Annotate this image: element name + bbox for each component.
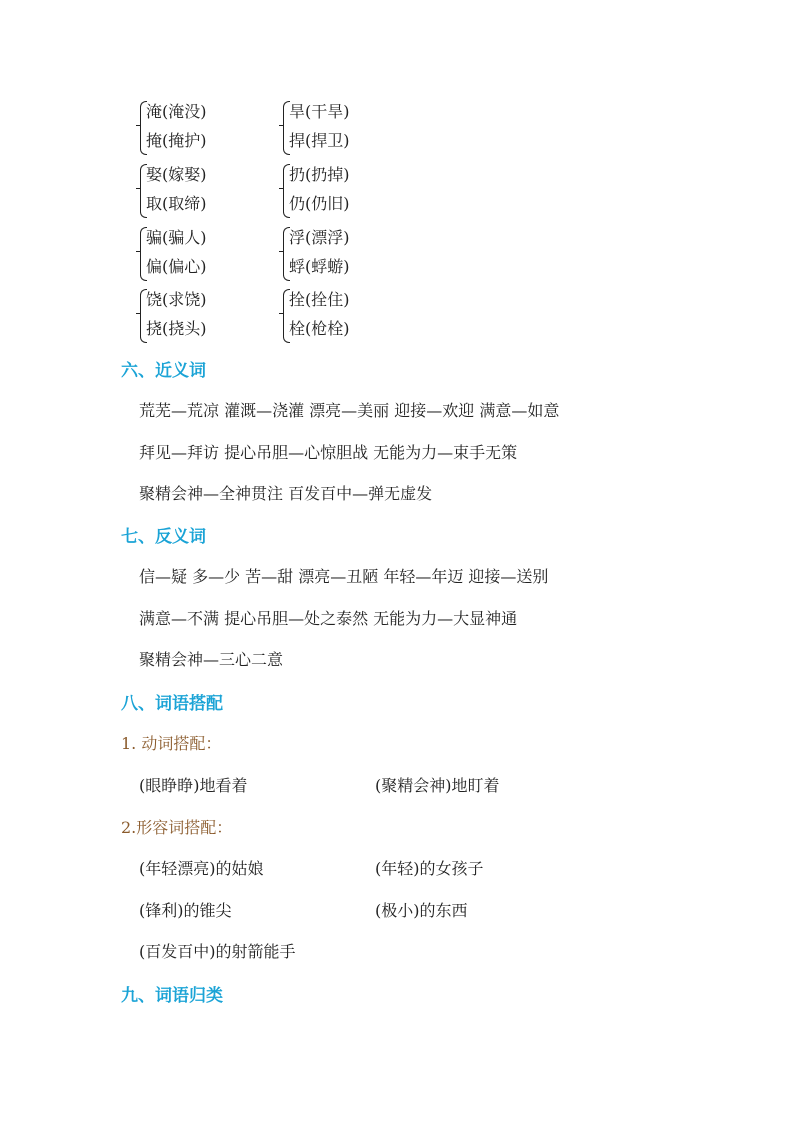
pair-word: 偏(偏心): [146, 257, 207, 277]
subsection-adjective-collocation: 2.形容词搭配：: [121, 815, 232, 838]
collocation-item: (眼睁睁)地看着: [139, 773, 248, 796]
section-title-classification: 九、词语归类: [121, 981, 223, 1006]
pair-row: 娶(嫁娶) 取(取缔) 扔(扔掉) 仍(仍旧): [140, 161, 440, 221]
section-title-collocations: 八、词语搭配: [121, 689, 223, 714]
section-title-synonyms: 六、近义词: [121, 356, 206, 381]
collocation-item: (百发百中)的射箭能手: [139, 939, 296, 962]
collocation-item: (年轻)的女孩子: [375, 856, 484, 879]
collocation-item: (锋利)的锥尖: [139, 898, 232, 921]
pair-group: 骗(骗人) 偏(偏心): [140, 224, 280, 284]
pair-group: 旱(干旱) 捍(捍卫): [283, 98, 423, 158]
pair-group: 娶(嫁娶) 取(取缔): [140, 161, 280, 221]
pair-group: 淹(淹没) 掩(掩护): [140, 98, 280, 158]
pair-group: 拴(拴住) 栓(枪栓): [283, 286, 423, 346]
pair-group: 扔(扔掉) 仍(仍旧): [283, 161, 423, 221]
pair-word: 捍(捍卫): [289, 131, 350, 151]
pair-word: 拴(拴住): [289, 290, 350, 310]
pair-word: 掩(掩护): [146, 131, 207, 151]
antonym-line: 信—疑 多—少 苦—甜 漂亮—丑陋 年轻—年迈 迎接—送别: [139, 564, 548, 587]
subsection-verb-collocation: 1. 动词搭配：: [121, 731, 221, 754]
pair-word: 蜉(蜉蝣): [289, 257, 350, 277]
pair-row: 饶(求饶) 挠(挠头) 拴(拴住) 栓(枪栓): [140, 286, 440, 346]
pair-word: 淹(淹没): [146, 102, 207, 122]
pair-word: 旱(干旱): [289, 102, 350, 122]
collocation-item: (年轻漂亮)的姑娘: [139, 856, 264, 879]
antonym-line: 聚精会神—三心二意: [139, 647, 283, 670]
pair-row: 骗(骗人) 偏(偏心) 浮(漂浮) 蜉(蜉蝣): [140, 224, 440, 284]
pair-row: 淹(淹没) 掩(掩护) 旱(干旱) 捍(捍卫): [140, 98, 440, 158]
pair-word: 浮(漂浮): [289, 228, 350, 248]
pair-group: 饶(求饶) 挠(挠头): [140, 286, 280, 346]
pair-word: 扔(扔掉): [289, 165, 350, 185]
collocation-item: (聚精会神)地盯着: [375, 773, 500, 796]
pair-word: 仍(仍旧): [289, 194, 350, 214]
antonym-line: 满意—不满 提心吊胆—处之泰然 无能为力—大显神通: [139, 606, 517, 629]
synonym-line: 聚精会神—全神贯注 百发百中—弹无虚发: [139, 481, 432, 504]
pair-group: 浮(漂浮) 蜉(蜉蝣): [283, 224, 423, 284]
pair-word: 挠(挠头): [146, 319, 207, 339]
synonym-line: 拜见—拜访 提心吊胆—心惊胆战 无能为力—束手无策: [139, 440, 517, 463]
pair-word: 取(取缔): [146, 194, 207, 214]
pair-word: 饶(求饶): [146, 290, 207, 310]
pair-word: 娶(嫁娶): [146, 165, 207, 185]
synonym-line: 荒芜—荒凉 灌溉—浇灌 漂亮—美丽 迎接—欢迎 满意—如意: [139, 398, 559, 421]
section-title-antonyms: 七、反义词: [121, 522, 206, 547]
pair-word: 骗(骗人): [146, 228, 207, 248]
collocation-item: (极小)的东西: [375, 898, 468, 921]
pair-word: 栓(枪栓): [289, 319, 350, 339]
